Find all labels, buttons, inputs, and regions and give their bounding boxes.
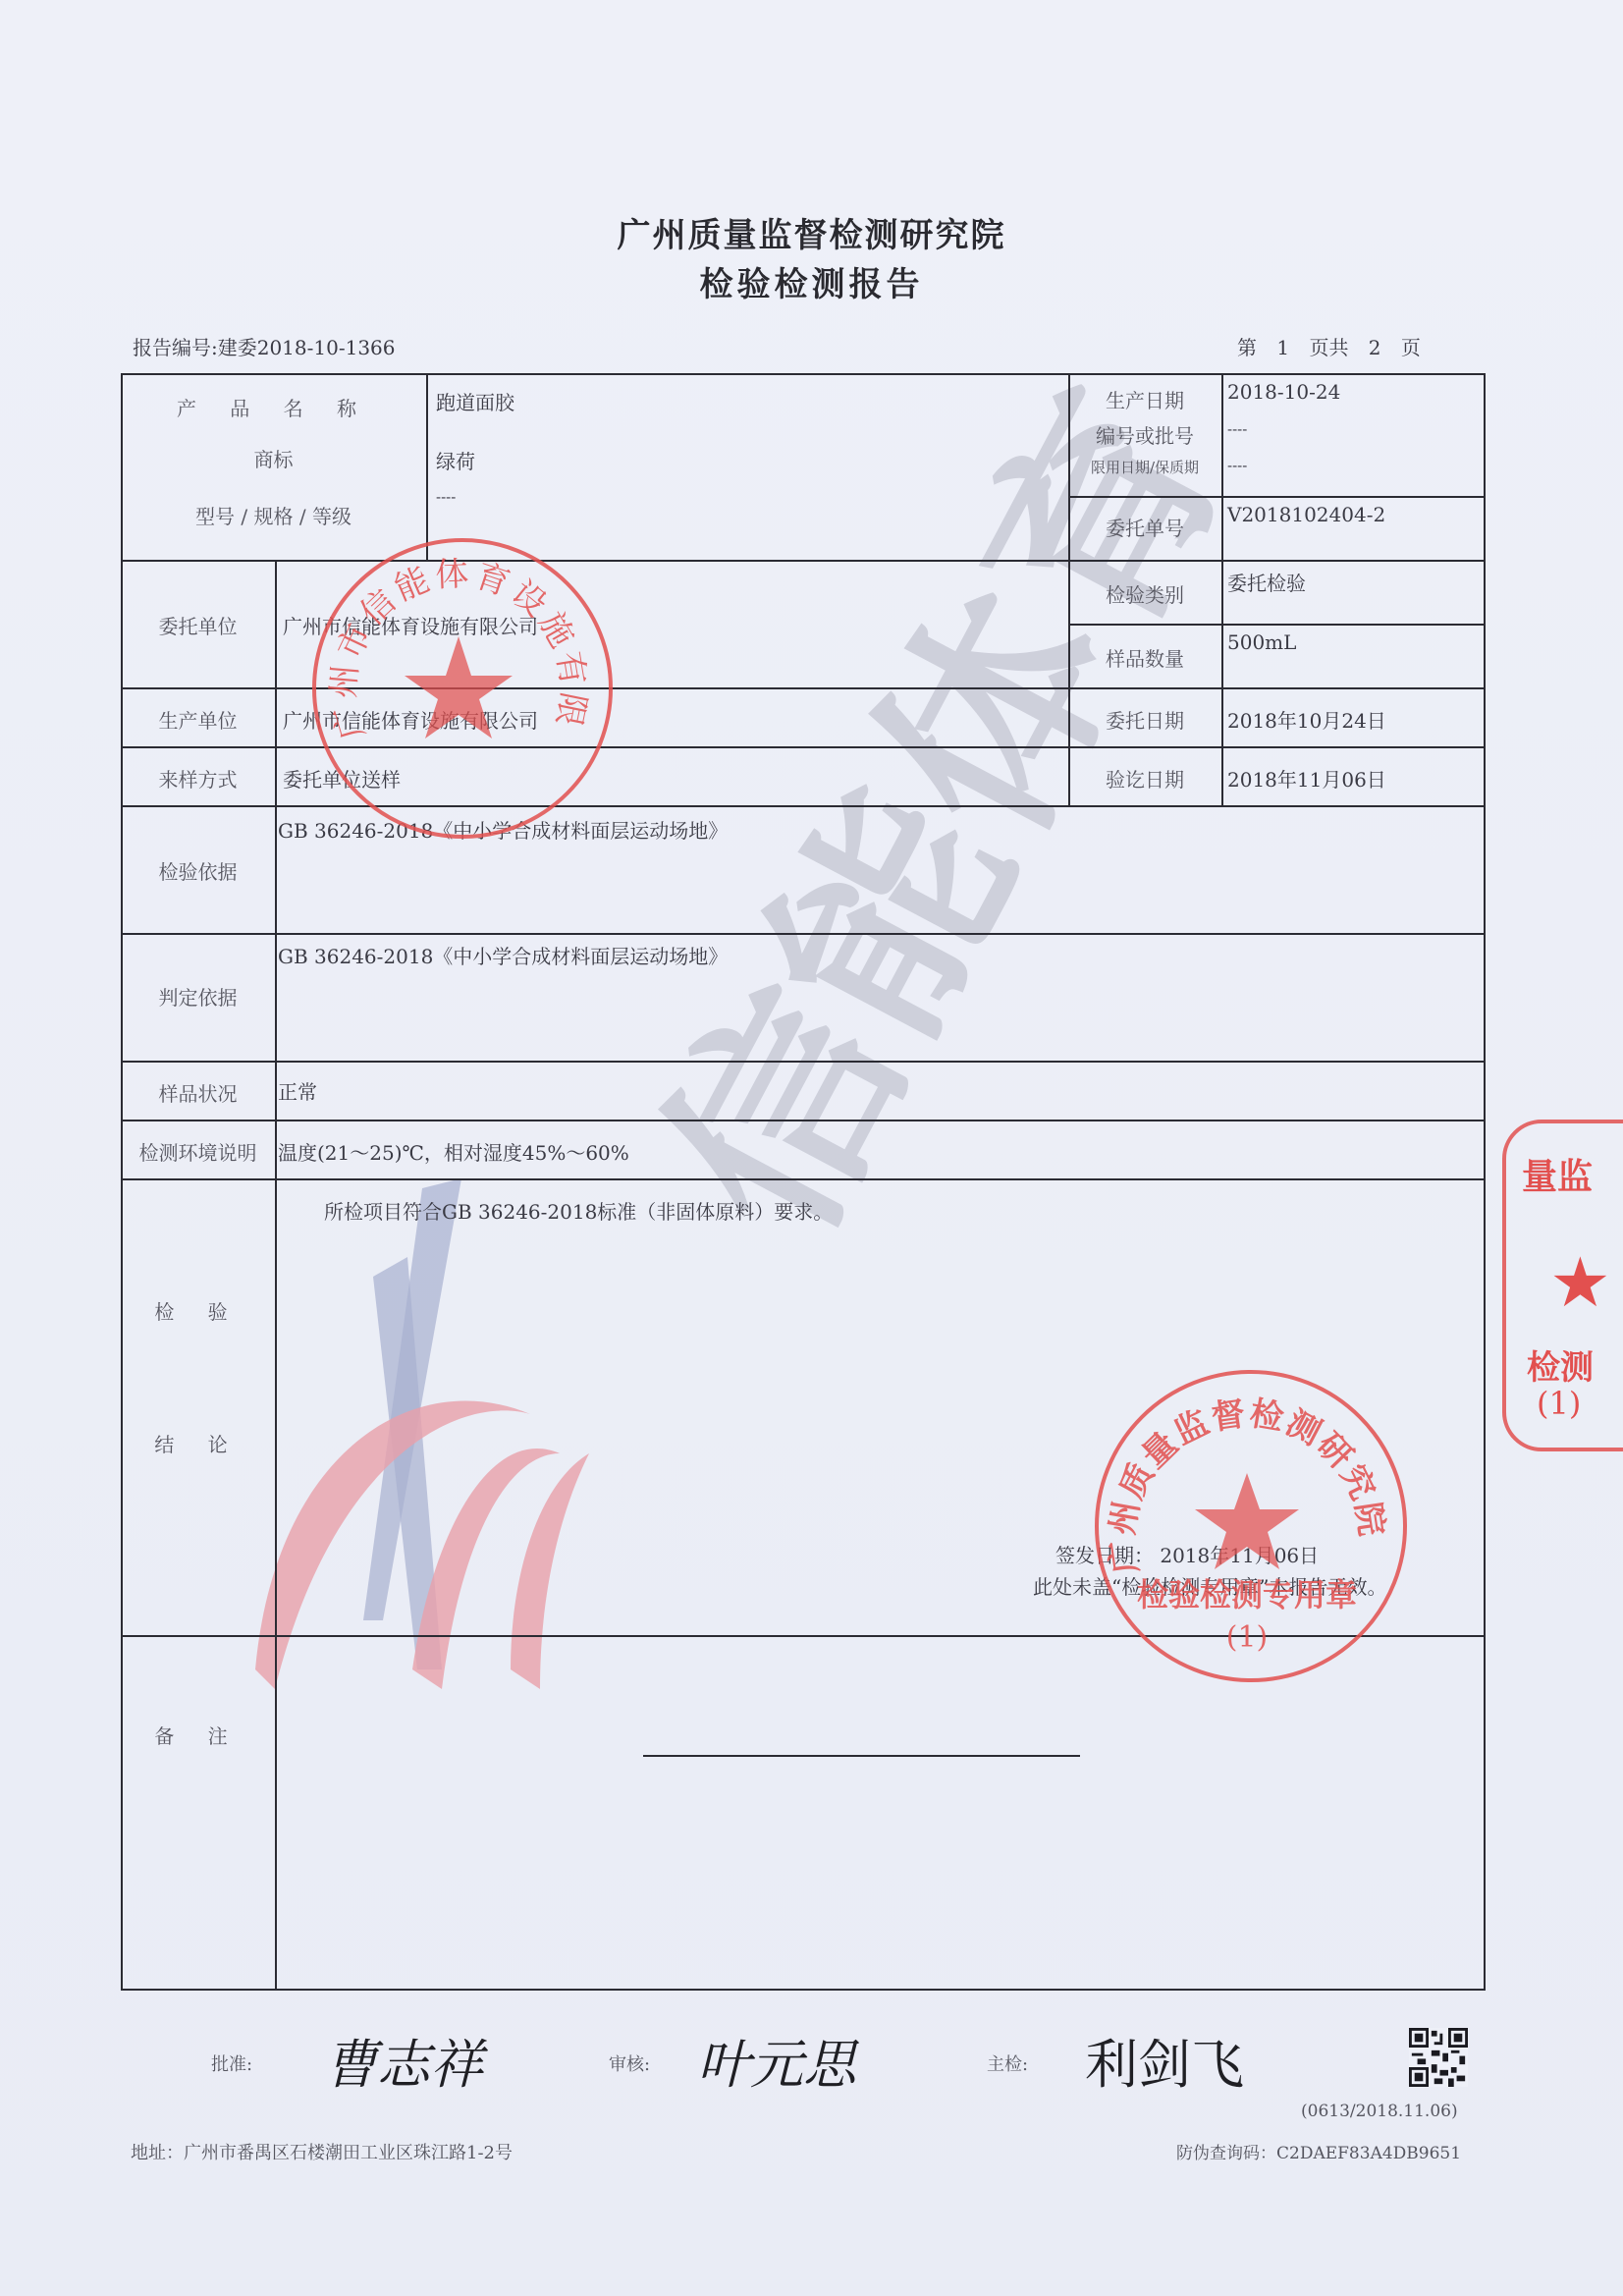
sampling-label: 来样方式 xyxy=(121,764,275,793)
remarks-blank-line xyxy=(643,1755,1080,1757)
anti-fake-code: 防伪查询码：C2DAEF83A4DB9651 xyxy=(1176,2139,1461,2163)
report-page: 信能体育 广州质量监督检测研究院 检验检测报告 报告编号:建委2018-10-1… xyxy=(0,0,1623,2296)
manufacturer-label: 生产单位 xyxy=(121,705,275,734)
star-icon: ★ xyxy=(1549,1242,1611,1323)
complete-date-value: 2018年11月06日 xyxy=(1227,764,1386,793)
production-date-label: 生产日期 xyxy=(1068,385,1221,413)
svg-text:信能体育: 信能体育 xyxy=(619,354,1274,1275)
review-label: 审核: xyxy=(609,2050,650,2076)
judgement-label: 判定依据 xyxy=(121,982,275,1011)
complete-date-label: 验讫日期 xyxy=(1068,764,1221,793)
inspection-type-label: 检验类别 xyxy=(1068,579,1221,608)
trademark-label: 商标 xyxy=(121,444,426,472)
svg-text:检验检测专用章: 检验检测专用章 xyxy=(1137,1576,1357,1613)
watermark-logo xyxy=(216,1159,766,1709)
report-number: 报告编号:建委2018-10-1366 xyxy=(133,332,396,360)
conclusion-label-1: 检 验 xyxy=(121,1296,275,1325)
svg-text:(1): (1) xyxy=(1226,1620,1269,1655)
edge-stamp-number: (1) xyxy=(1537,1385,1581,1422)
institute-name: 广州质量监督检测研究院 xyxy=(0,208,1623,256)
production-date-value: 2018-10-24 xyxy=(1227,380,1340,404)
trademark-value: 绿荷 xyxy=(436,446,475,474)
product-name-label: 产 品 名 称 xyxy=(121,393,426,421)
qr-code-icon[interactable] xyxy=(1409,2028,1468,2087)
inspector-label: 主检: xyxy=(987,2050,1028,2076)
inspector-signature: 利剑飞 xyxy=(1085,2023,1244,2099)
env-label: 检测环境说明 xyxy=(121,1137,275,1166)
sample-state-label: 样品状况 xyxy=(121,1078,275,1107)
order-no-value: V2018102404-2 xyxy=(1227,503,1385,526)
page-info: 第 1 页共 2 页 xyxy=(1237,332,1421,360)
conclusion-label-2: 结 论 xyxy=(121,1429,275,1457)
conclusion-value: 所检项目符合GB 36246-2018标准（非固体原料）要求。 xyxy=(324,1196,833,1225)
env-value: 温度(21～25)℃，相对湿度45%～60% xyxy=(278,1137,629,1166)
inspection-type-value: 委托检验 xyxy=(1227,568,1306,596)
entrust-date-label: 委托日期 xyxy=(1068,705,1221,734)
edge-stamp-bottom-text: 检测 xyxy=(1527,1340,1594,1389)
review-signature: 叶元思 xyxy=(697,2023,856,2099)
client-company-stamp: 广州市信能体育设施有限公司 xyxy=(312,538,613,839)
sample-state-value: 正常 xyxy=(278,1076,317,1105)
edge-stamp-top-text: 量监 xyxy=(1522,1149,1593,1199)
star-icon xyxy=(1195,1473,1299,1569)
basis-label: 检验依据 xyxy=(121,856,275,885)
approve-label: 批准: xyxy=(211,2050,252,2076)
product-name-value: 跑道面胶 xyxy=(436,387,514,415)
model-value: ---- xyxy=(436,488,456,506)
sample-qty-value: 500mL xyxy=(1227,630,1296,654)
document-title: 检验检测报告 xyxy=(0,257,1623,305)
entrust-date-value: 2018年10月24日 xyxy=(1227,705,1386,734)
remarks-label: 备 注 xyxy=(121,1721,275,1749)
edge-stamp: 量监 ★ 检测 (1) xyxy=(1502,1120,1623,1453)
model-label: 型号 / 规格 / 等级 xyxy=(121,501,426,529)
client-label: 委托单位 xyxy=(121,611,275,639)
judgement-value: GB 36246-2018《中小学合成材料面层运动场地》 xyxy=(278,941,728,969)
batch-value: ---- xyxy=(1227,420,1247,438)
address: 地址：广州市番禺区石楼潮田工业区珠江路1-2号 xyxy=(131,2139,513,2164)
inspection-stamp: 广州质量监督检测研究院 检验检测专用章 (1) xyxy=(1095,1370,1407,1682)
sample-qty-label: 样品数量 xyxy=(1068,643,1221,672)
order-no-label: 委托单号 xyxy=(1068,513,1221,541)
star-icon xyxy=(405,636,513,738)
batch-label: 编号或批号 xyxy=(1068,420,1221,449)
expiry-value: ---- xyxy=(1227,457,1247,474)
code-date: (0613/2018.11.06) xyxy=(1301,2102,1458,2121)
expiry-label: 限用日期/保质期 xyxy=(1068,457,1221,477)
approve-signature: 曹志祥 xyxy=(324,2023,483,2099)
